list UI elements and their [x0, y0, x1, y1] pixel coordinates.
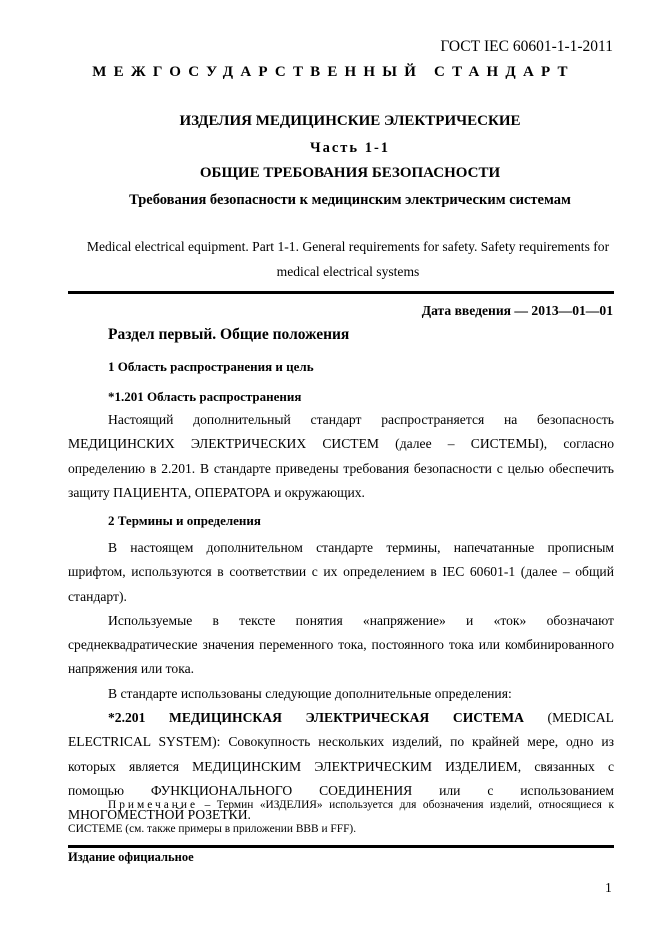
definition-term: *2.201 МЕДИЦИНСКАЯ ЭЛЕКТРИЧЕСКАЯ СИСТЕМА	[108, 710, 524, 725]
document-subsubtitle: Требования безопасности к медицинским эл…	[40, 192, 660, 209]
paragraph: Используемые в тексте понятия «напряжени…	[68, 609, 614, 682]
paragraph: Настоящий дополнительный стандарт распро…	[68, 408, 614, 505]
clause-1-paragraph: Настоящий дополнительный стандарт распро…	[68, 408, 614, 505]
paragraph: В стандарте использованы следующие допол…	[68, 682, 614, 706]
section-title: Раздел первый. Общие положения	[108, 326, 349, 344]
paragraph: В настоящем дополнительном стандарте тер…	[68, 536, 614, 609]
document-title: ИЗДЕЛИЯ МЕДИЦИНСКИЕ ЭЛЕКТРИЧЕСКИЕ	[40, 113, 660, 130]
document-part: Часть 1-1	[40, 140, 660, 157]
english-title: Medical electrical equipment. Part 1-1. …	[78, 234, 618, 284]
clause-2-heading: 2 Термины и определения	[108, 513, 261, 529]
clause-1-heading: 1 Область распространения и цель	[108, 359, 314, 375]
clause-2-body: В настоящем дополнительном стандарте тер…	[68, 536, 614, 828]
note: Примечание – Термин «ИЗДЕЛИЯ» использует…	[68, 793, 614, 841]
note-paragraph: Примечание – Термин «ИЗДЕЛИЯ» использует…	[68, 793, 614, 841]
top-divider	[68, 291, 614, 294]
bottom-divider	[68, 845, 614, 848]
clause-1-201-heading: *1.201 Область распространения	[108, 389, 301, 405]
introduction-date: Дата введения — 2013—01—01	[422, 303, 613, 319]
note-label: Примечание	[108, 799, 198, 811]
document-subtitle: ОБЩИЕ ТРЕБОВАНИЯ БЕЗОПАСНОСТИ	[40, 165, 660, 182]
standard-number: ГОСТ IEC 60601-1-1-2011	[440, 38, 613, 56]
standard-type: МЕЖГОСУДАРСТВЕННЫЙ СТАНДАРТ	[0, 64, 661, 81]
official-edition: Издание официальное	[68, 850, 194, 865]
page-number: 1	[605, 880, 612, 896]
